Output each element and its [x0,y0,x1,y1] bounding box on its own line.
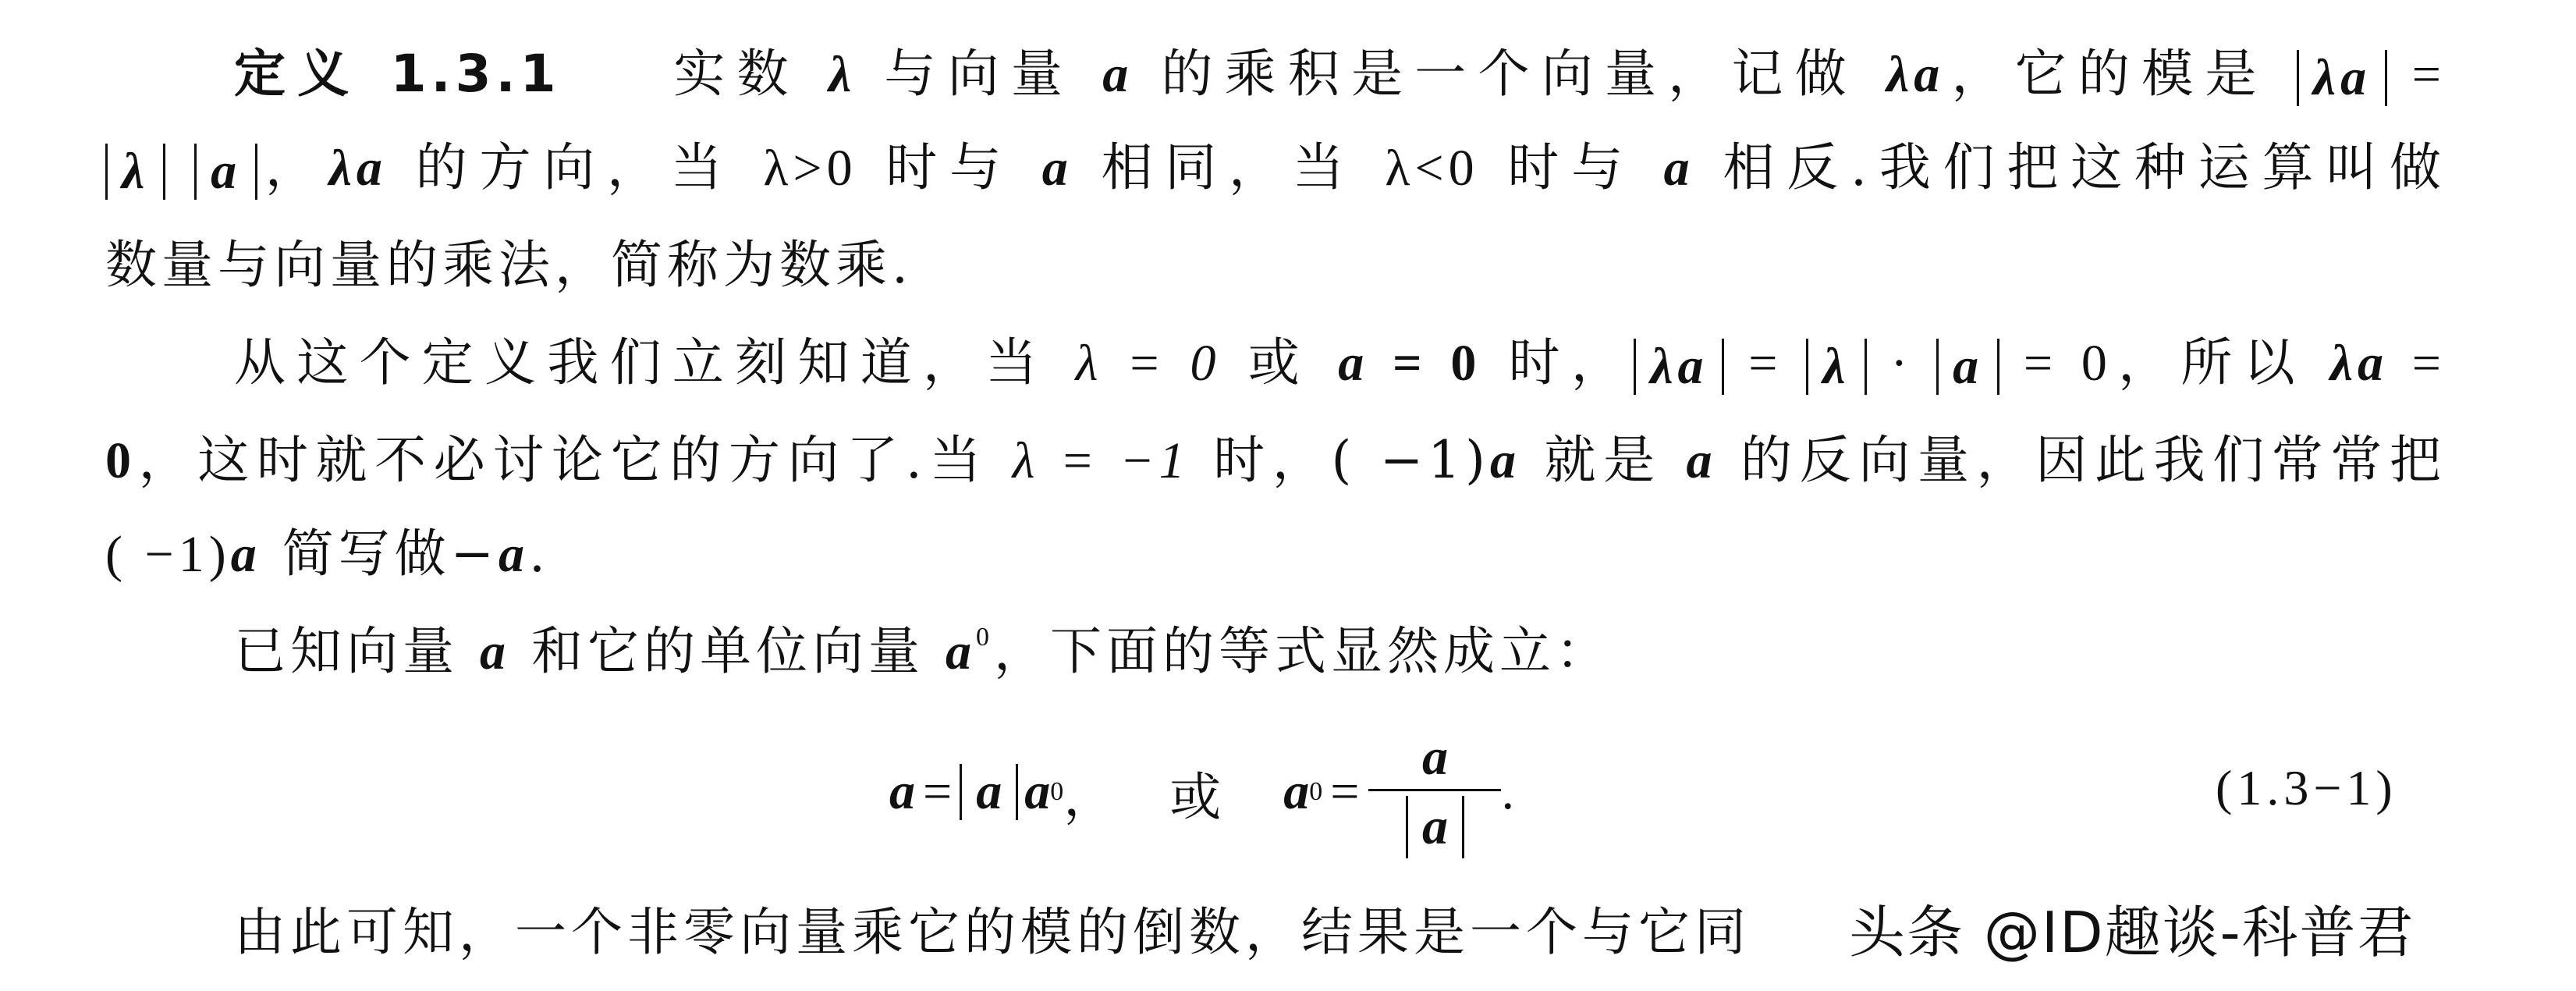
or-word: 或 [1169,755,1221,829]
equals-sign: = [2387,46,2446,103]
math-condition-positive: λ>0 [763,140,857,197]
math-lambda-neg-one: λ = −1 [1013,432,1190,489]
text: 和它的单位向量 [510,621,946,681]
text: 时与 [857,137,1042,197]
display-formula: a = a a0 ， 或 a0 = a a . [889,718,1514,866]
math-lambda-a: λa [2330,335,2388,392]
math-unit-vector-a: a [946,623,976,680]
paragraph2-line-1: 从这个定义我们立刻知道，当 λ = 0 或 a = 0 时，λa = λ · a… [234,328,2446,399]
math-vector-a: a [1102,46,1133,103]
text: = 0，所以 [1999,335,2330,392]
abs-a: a [1936,339,1999,395]
definition-heading: 定义 1.3.1 [234,44,561,104]
math-vector-a: a [480,623,510,680]
equation-number: (1.3−1) [2216,753,2397,823]
text: 实数 [673,44,829,104]
paragraph3: 已知向量 a 和它的单位向量 a0，下面的等式显然成立： [234,616,1612,687]
text: 相同，当 [1073,137,1386,197]
fraction-numerator: a [1407,726,1464,789]
comma: ， [1063,755,1115,829]
math-vector-a: a [499,526,529,583]
math-vector-a: a [1042,140,1073,197]
text: 时，( −1) [1190,430,1490,490]
text: 的乘积是一个向量，记做 [1133,44,1886,104]
math-vector-a: a [1338,335,1368,392]
text: 就是 [1520,430,1687,490]
math-vector-a: a [1490,432,1520,489]
text: ， [257,137,329,197]
text: ( −1) [105,526,231,583]
paragraph2-line-2: 0，这时就不必讨论它的方向了.当 λ = −1 时，( −1)a 就是 a 的反… [105,425,2446,496]
text: 从这个定义我们立刻知道，当 [234,332,1076,392]
equals-sign: = [2388,335,2446,392]
math-zero-vector: 0 [105,432,136,489]
definition-line-3: 数量与向量的乘法，简称为数乘. [105,230,913,300]
math-zero-vector: = 0 [1368,335,1481,392]
math-lambda-a: λa [1886,46,1944,103]
math-lambda: λ [829,46,856,103]
abs-lambda: λ [105,144,165,200]
text: 时与 [1479,137,1664,197]
text: 已知向量 [234,621,480,681]
text: ，这时就不必讨论它的方向了.当 [136,430,1013,490]
period: . [1501,762,1514,822]
equals-sign: = [1724,335,1806,392]
text: ，下面的等式显然成立： [994,621,1612,681]
abs-lambda: λ [1806,339,1866,395]
paragraph2-line-3: ( −1)a 简写做−a. [105,519,550,590]
equals-sign: = [1330,762,1359,822]
text: 相反.我们把这种运算叫做 [1694,137,2446,197]
abs-lambda-a: λa [1634,339,1724,395]
dot-operator: · [1867,335,1937,392]
text: 与向量 [856,44,1102,104]
definition-line-2: λ a，λa 的方向，当 λ>0 时与 a 相同，当 λ<0 时与 a 相反.我… [105,133,2446,204]
text: 的反向量，因此我们常常把 [1716,430,2446,490]
text: ，它的模是 [1944,44,2268,104]
watermark: 头条 @ID趣谈-科普君 [1849,897,2415,968]
math-lambda-a: λa [329,140,387,197]
definition-line-1: 定义 1.3.1 实数 λ 与向量 a 的乘积是一个向量，记做 λa，它的模是 … [234,39,2446,110]
text: 的方向，当 [387,137,763,197]
fraction: a a [1368,726,1501,858]
abs-lambda-a: λa [2297,50,2387,106]
superscript-zero: 0 [976,623,994,652]
paragraph4: 由此可知，一个非零向量乘它的模的倒数，结果是一个与它同 [234,897,1751,968]
abs-a: a [960,764,1018,820]
math-vector-a: a [889,762,915,822]
math-condition-negative: λ<0 [1385,140,1478,197]
abs-a: a [194,144,257,200]
math-vector-a: a [231,526,261,583]
text: 时， [1481,332,1634,392]
math-unit-vector-a: a [1024,762,1050,822]
math-lambda-zero: λ = 0 [1076,335,1221,392]
text: . [529,524,550,584]
math-unit-vector-a: a [1283,762,1309,822]
math-vector-a: a [1686,432,1716,489]
text: 简写做− [261,524,499,584]
fraction-bar [1368,789,1501,791]
math-vector-a: a [1664,140,1694,197]
text: 或 [1220,332,1338,392]
fraction-denominator: a [1406,796,1464,858]
equals-sign: = [923,762,952,822]
